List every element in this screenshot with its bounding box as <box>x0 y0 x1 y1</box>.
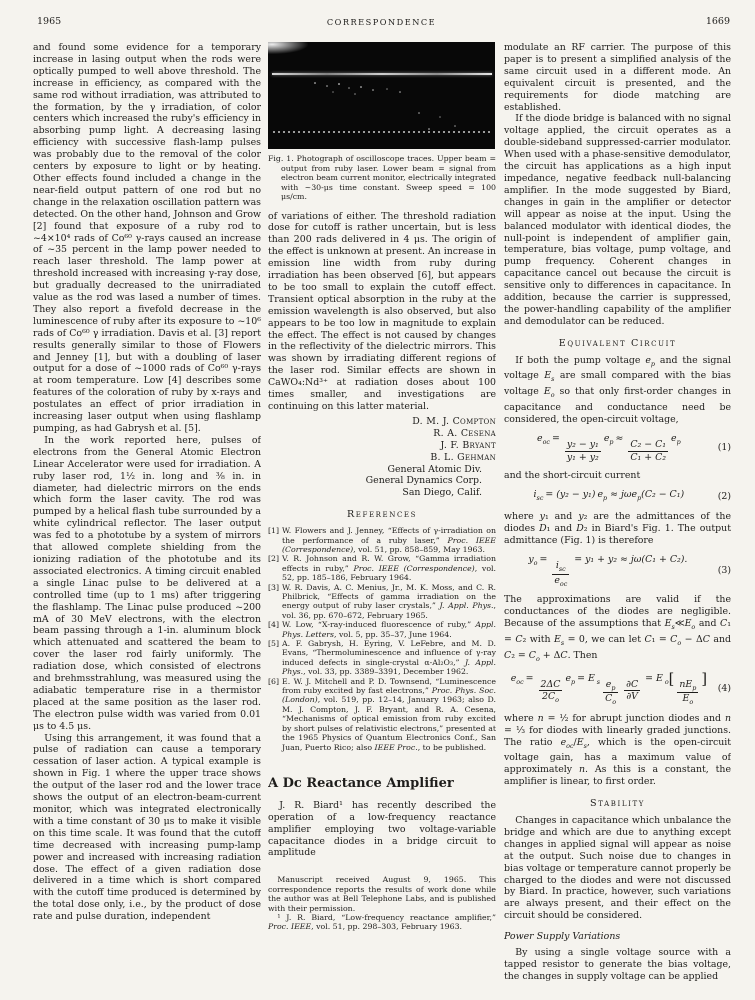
reference-marker: [4] <box>268 620 282 629</box>
upper-beam-trace <box>272 73 492 75</box>
section-heading-stability: Stability <box>504 798 731 810</box>
body-paragraph: The approximations are valid if the cond… <box>504 594 731 665</box>
footnote-block: Manuscript received August 9, 1965. This… <box>268 875 496 931</box>
reference-item: [1]W. Flowers and J. Jenney, “Effects of… <box>268 526 496 554</box>
equation-3: yo=isceoc= y₁ + y₂ ≈ jω(C₁ + C₂). (3) <box>504 554 731 587</box>
body-paragraph: where y₁ and y₂ are the admittances of t… <box>504 511 731 547</box>
body-paragraph: By using a single voltage source with a … <box>504 947 731 983</box>
reference-marker: [5] <box>268 639 282 648</box>
reference-text: W. Low, “X-ray-induced fluorescence of r… <box>282 620 496 638</box>
subsection-heading-power-supply: Power Supply Variations <box>504 931 731 943</box>
author-name: B. L. Gehman <box>268 452 496 464</box>
equation-number: (1) <box>714 442 731 454</box>
affiliation-line: General Atomic Div. <box>268 464 496 476</box>
beam-speckles <box>268 42 270 44</box>
reference-text: A. F. Gabrysh, H. Eyring, V. LeFebre, an… <box>282 639 496 676</box>
photo-flash-blob <box>268 42 308 54</box>
section-heading-equivalent-circuit: Equivalent Circuit <box>504 338 731 350</box>
footnote: Manuscript received August 9, 1965. This… <box>268 875 496 913</box>
references-heading: References <box>268 509 496 521</box>
body-paragraph: and the short-circuit current <box>504 470 731 482</box>
reference-marker: [6] <box>268 677 282 686</box>
journal-title: CORRESPONDENCE <box>33 17 730 27</box>
body-paragraph: If the diode bridge is balanced with no … <box>504 113 731 327</box>
reference-item: [2]V. R. Johnson and R. W. Grow, “Gamma … <box>268 554 496 582</box>
equation-1: eoc=y₂ − y₁y₁ + y₂ep≈C₂ − C₁C₁ + C₂ep (1… <box>504 433 731 463</box>
author-name: J. F. Bryant <box>268 440 496 452</box>
reference-item: [4]W. Low, “X-ray-induced fluorescence o… <box>268 620 496 639</box>
author-name: R. A. Cesena <box>268 428 496 440</box>
body-paragraph: J. R. Biard¹ has recently described the … <box>268 800 496 860</box>
references-list: [1]W. Flowers and J. Jenney, “Effects of… <box>268 526 496 752</box>
equation-number: (3) <box>714 565 731 577</box>
body-paragraph: and found some evidence for a temporary … <box>33 42 261 435</box>
body-paragraph: where n = ½ for abrupt junction diodes a… <box>504 713 731 788</box>
body-paragraph: of variations of either. The threshold r… <box>268 211 496 413</box>
reference-text: E. W. J. Mitchell and P. D. Townsend, “L… <box>282 677 496 752</box>
equation-4: eoc=2ΔC2Coep= EsepCo∂C∂V= Eo[nEpEo] (4) <box>504 673 731 706</box>
body-paragraph: modulate an RF carrier. The purpose of t… <box>504 42 731 113</box>
lower-beam-trace <box>273 131 490 133</box>
reference-text: V. R. Johnson and R. W. Grow, “Gamma irr… <box>282 554 496 582</box>
body-paragraph: In the work reported here, pulses of ele… <box>33 435 261 733</box>
author-name: D. M. J. Compton <box>268 416 496 428</box>
page-header: 1965 CORRESPONDENCE 1669 <box>33 16 730 30</box>
affiliation-line: General Dynamics Corp. <box>268 475 496 487</box>
reference-item: [6]E. W. J. Mitchell and P. D. Townsend,… <box>268 677 496 752</box>
equation-2: isc= (y₂ − y₁)ep ≈ jωep(C₂ − C₁) (2) <box>504 489 731 505</box>
body-paragraph: If both the pump voltage ep and the sign… <box>504 355 731 426</box>
affiliation-line: San Diego, Calif. <box>268 487 496 499</box>
column-middle: Fig. 1. Photograph of oscilloscope trace… <box>268 42 496 994</box>
column-left: and found some evidence for a temporary … <box>33 42 261 994</box>
reference-marker: [1] <box>268 526 282 535</box>
figure-caption: Fig. 1. Photograph of oscilloscope trace… <box>268 154 496 202</box>
reference-marker: [3] <box>268 583 282 592</box>
footnote: ¹ J. R. Biard, “Low-frequency reactance … <box>268 913 496 932</box>
body-paragraph: Changes in capacitance which unbalance t… <box>504 815 731 922</box>
reference-marker: [2] <box>268 554 282 563</box>
reference-item: [5]A. F. Gabrysh, H. Eyring, V. LeFebre,… <box>268 639 496 677</box>
column-right: modulate an RF carrier. The purpose of t… <box>504 42 731 994</box>
reference-item: [3]W. R. Davis, A. C. Menius, Jr., M. K.… <box>268 583 496 621</box>
article-title: A Dc Reactance Amplifier <box>268 778 496 790</box>
oscilloscope-photo <box>268 42 495 149</box>
equation-number: (4) <box>714 683 731 695</box>
reference-text: W. Flowers and J. Jenney, “Effects of γ-… <box>282 526 496 554</box>
equation-number: (2) <box>714 491 731 503</box>
body-paragraph: Using this arrangement, it was found tha… <box>33 733 261 924</box>
signature-block: D. M. J. Compton R. A. Cesena J. F. Brya… <box>268 416 496 499</box>
reference-text: W. R. Davis, A. C. Menius, Jr., M. K. Mo… <box>282 583 496 620</box>
page-number: 1669 <box>706 16 730 27</box>
